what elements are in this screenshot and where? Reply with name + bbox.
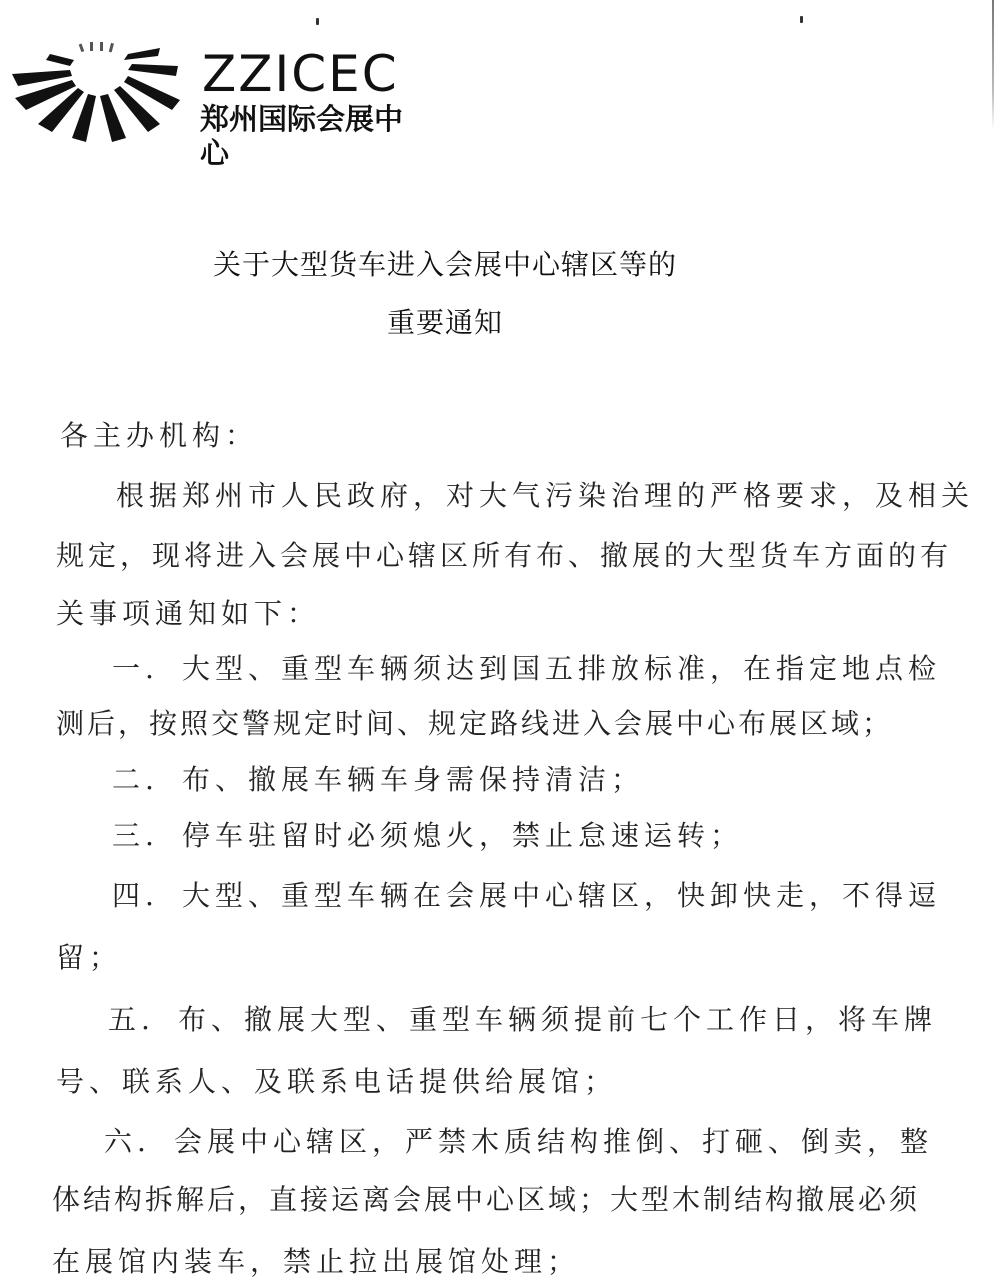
- item-text: 大型、重型车辆在会展中心辖区，快卸快走，不得逗: [182, 879, 941, 912]
- scan-edge-shadow: [992, 0, 994, 130]
- logo-name-cn: 郑州国际会展中心: [200, 102, 430, 170]
- notice-item-6-cont: 体结构拆解后，直接运离会展中心区域；大型木制结构撤展必须: [52, 1182, 920, 1218]
- sunburst-logo-icon: [10, 40, 190, 145]
- zzicec-logo: ZZICEC 郑州国际会展中心: [10, 40, 430, 145]
- notice-item-5-cont: 号、联系人、及联系电话提供给展馆；: [56, 1064, 617, 1100]
- logo-name-en: ZZICEC: [202, 46, 399, 102]
- document-title-line2: 重要通知: [0, 301, 890, 341]
- notice-item-1: 一.大型、重型车辆须达到国五排放标准，在指定地点检: [112, 651, 941, 687]
- item-number: 二.: [112, 762, 182, 798]
- notice-item-6: 六.会展中心辖区，严禁木质结构推倒、打砸、倒卖，整: [104, 1124, 933, 1160]
- intro-line: 规定，现将进入会展中心辖区所有布、撤展的大型货车方面的有: [56, 538, 952, 574]
- notice-item-6-cont: 在展馆内装车，禁止拉出展馆处理；: [52, 1244, 580, 1280]
- notice-item-3: 三.停车驻留时必须熄火，禁止怠速运转；: [112, 818, 743, 854]
- item-number: 五.: [108, 1002, 178, 1038]
- scan-speck: [800, 16, 803, 23]
- item-text: 大型、重型车辆须达到国五排放标准，在指定地点检: [182, 652, 941, 685]
- intro-line: 关事项通知如下：: [56, 596, 320, 632]
- intro-line: 根据郑州市人民政府，对大气污染治理的严格要求，及相关: [116, 478, 974, 514]
- item-number: 三.: [112, 818, 182, 854]
- item-number: 一.: [112, 651, 182, 687]
- item-number: 六.: [104, 1124, 174, 1160]
- notice-item-4: 四.大型、重型车辆在会展中心辖区，快卸快走，不得逗: [112, 878, 941, 914]
- scanned-document-page: ZZICEC 郑州国际会展中心 关于大型货车进入会展中心辖区等的 重要通知 各主…: [0, 0, 1000, 1288]
- item-text: 布、撤展大型、重型车辆须提前七个工作日，将车牌: [178, 1003, 937, 1036]
- scan-speck: [316, 18, 319, 25]
- item-text: 会展中心辖区，严禁木质结构推倒、打砸、倒卖，整: [174, 1125, 933, 1158]
- item-text: 停车驻留时必须熄火，禁止怠速运转；: [182, 819, 743, 852]
- document-title-line1: 关于大型货车进入会展中心辖区等的: [0, 243, 890, 283]
- notice-item-5: 五.布、撤展大型、重型车辆须提前七个工作日，将车牌: [108, 1002, 937, 1038]
- notice-item-2: 二.布、撤展车辆车身需保持清洁；: [112, 762, 644, 798]
- item-text: 布、撤展车辆车身需保持清洁；: [182, 763, 644, 796]
- notice-item-4-cont: 留；: [56, 940, 122, 976]
- salutation: 各主办机构：: [60, 418, 258, 454]
- item-number: 四.: [112, 878, 182, 914]
- notice-item-1-cont: 测后，按照交警规定时间、规定路线进入会展中心布展区域；: [56, 706, 893, 742]
